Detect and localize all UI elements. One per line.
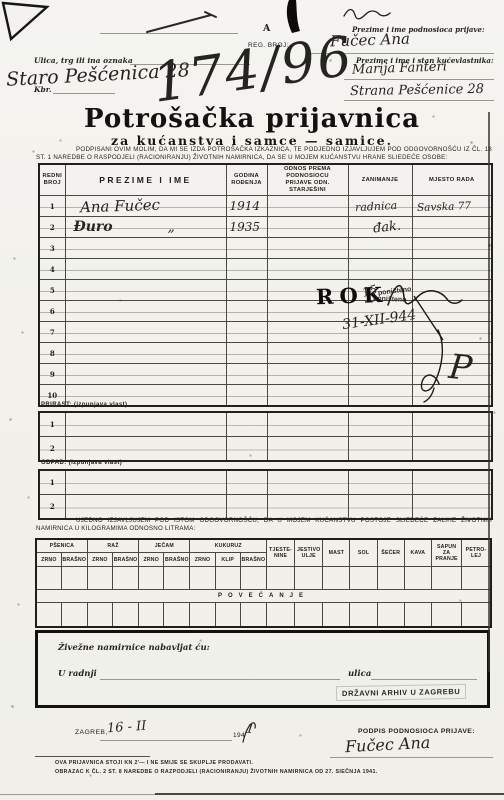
table-cell — [348, 437, 412, 462]
table-cell — [267, 495, 348, 520]
underline-rule — [344, 100, 494, 101]
table-cell — [267, 470, 348, 495]
ditto-mark: „ — [168, 219, 175, 235]
year-cell: 1935 — [226, 217, 267, 238]
year-written: 1 — [245, 721, 255, 737]
table-cell — [462, 567, 491, 590]
table-cell — [87, 603, 112, 627]
table-cell — [226, 437, 267, 462]
table-cell — [139, 567, 164, 590]
table-cell — [87, 567, 112, 590]
row-number: 5 — [39, 280, 65, 301]
col-zanimanje: ZANIMANJE — [348, 164, 412, 196]
col-kava: KAVA — [404, 539, 431, 567]
sub-klip: KLIP — [215, 553, 240, 567]
table-cell — [226, 322, 267, 343]
row-number: 4 — [39, 259, 65, 280]
col-petrolej: PETRO- LEJ — [462, 539, 491, 567]
kucevlastnik-name: Marija Fanteri — [352, 59, 447, 77]
table-cell — [226, 385, 267, 407]
row-number: 2 — [39, 217, 65, 238]
col-godina: GODINA ROĐENJA — [226, 164, 267, 196]
col-odnos: ODNOS PREMA PODNOSIOCU PRIJAVE ODN. STAR… — [267, 164, 348, 196]
person-row: 9 — [39, 364, 492, 385]
persons-table: REDNI BROJ PREZIME I IME GODINA ROĐENJA … — [38, 163, 493, 407]
ulica-inline-label: ulica — [348, 669, 371, 679]
table-cell — [350, 567, 377, 590]
supplies-value-row — [36, 567, 491, 590]
underline-rule — [53, 93, 115, 94]
table-cell — [65, 470, 226, 495]
table-cell — [295, 567, 323, 590]
occupation-cell: đak. — [348, 217, 412, 238]
underline-rule — [100, 740, 232, 741]
group-raz: RAŽ — [87, 539, 138, 553]
table-cell — [65, 322, 226, 343]
person-row: 5 — [39, 280, 492, 301]
col-mjesto-rada: MJESTO RADA — [412, 164, 492, 196]
workplace-cell: Savska 77 — [412, 196, 492, 217]
table-cell — [404, 603, 431, 627]
group-kukuruz: KUKURUZ — [190, 539, 266, 553]
table-cell — [61, 567, 87, 590]
col-redni-broj: REDNI BROJ — [39, 164, 65, 196]
row-number: 6 — [39, 301, 65, 322]
table-cell — [267, 385, 348, 407]
person-row: 4 — [39, 259, 492, 280]
table-cell — [65, 437, 226, 462]
col-prezime-ime: PREZIME I IME — [65, 164, 226, 196]
table-cell — [226, 412, 267, 437]
table-cell — [112, 603, 138, 627]
handwritten-name: Ana Fučec — [79, 195, 160, 216]
handwritten-occupation: radnica — [354, 199, 397, 214]
table-cell — [412, 280, 492, 301]
odpad-row: 2 — [39, 495, 492, 520]
table-cell — [431, 567, 461, 590]
city-label: ZAGREB, — [75, 729, 108, 736]
table-cell — [65, 301, 226, 322]
table-cell — [348, 238, 412, 259]
table-cell — [431, 603, 461, 627]
group-psenica: PŠENICA — [36, 539, 87, 553]
row-number: 7 — [39, 322, 65, 343]
col-mast: MAST — [323, 539, 350, 567]
sub-zrno: ZRNO — [87, 553, 112, 567]
supplies-group-header-row: PŠENICA RAŽ JEČAM KUKURUZ TJESTE- NINE J… — [36, 539, 491, 553]
relation-cell — [267, 196, 348, 217]
person-row: 1 Ana Fučec 1914 radnica Savska 77 — [39, 196, 492, 217]
name-cell: Ana Fučec — [65, 196, 226, 217]
handwritten-occupation: đak. — [372, 219, 402, 237]
table-cell — [348, 412, 412, 437]
workplace-cell — [412, 217, 492, 238]
handwritten-name: Đuro — [74, 219, 113, 235]
footer-rule — [35, 756, 150, 757]
kbr-label: Kbr. — [34, 85, 52, 94]
applicant-signature: Fučec Ana — [345, 733, 431, 756]
corner-fold-mark — [3, 3, 47, 39]
table-cell — [348, 470, 412, 495]
table-cell — [350, 603, 377, 627]
persons-table-header-row: REDNI BROJ PREZIME I IME GODINA ROĐENJA … — [39, 164, 492, 196]
handwritten-year: 1914 — [230, 199, 261, 213]
scan-noise — [0, 0, 1, 1]
table-cell — [412, 322, 492, 343]
faint-top-rule — [100, 33, 238, 34]
table-cell — [412, 259, 492, 280]
table-cell — [226, 301, 267, 322]
table-cell — [412, 437, 492, 462]
table-cell — [112, 567, 138, 590]
procurement-box: Živežne namirnice nabavljat ću: U radnji… — [35, 630, 490, 708]
relation-cell — [267, 217, 348, 238]
col-sol: SOL — [350, 539, 377, 567]
table-cell — [267, 343, 348, 364]
table-cell — [164, 603, 190, 627]
row-number: 8 — [39, 343, 65, 364]
person-row: 7 — [39, 322, 492, 343]
table-cell — [65, 412, 226, 437]
col-secer: ŠEĆER — [377, 539, 404, 567]
table-cell — [348, 343, 412, 364]
pen-stroke-top-left — [147, 12, 216, 32]
table-cell — [226, 280, 267, 301]
underline-rule — [344, 79, 494, 80]
table-cell — [412, 301, 492, 322]
table-cell — [412, 238, 492, 259]
sub-zrno: ZRNO — [36, 553, 61, 567]
paraf-mark: P — [447, 347, 474, 389]
row-number: 1 — [39, 196, 65, 217]
table-cell — [65, 343, 226, 364]
row-number: 1 — [39, 412, 65, 437]
handwritten-workplace: Savska 77 — [416, 200, 470, 214]
table-cell — [65, 495, 226, 520]
scan-edge-line-bottom-left — [0, 794, 155, 795]
table-cell — [266, 567, 294, 590]
row-number: 3 — [39, 238, 65, 259]
reg-broj-value: 174/96 — [149, 24, 358, 114]
archive-stamp: DRŽAVNI ARHIV U ZAGREBU — [336, 684, 467, 701]
sub-zrno: ZRNO — [139, 553, 164, 567]
sub-brasno: BRAŠNO — [61, 553, 87, 567]
table-cell — [240, 567, 266, 590]
year-printed: 194 — [233, 732, 245, 739]
footer-line-2: OBRAZAC K ČL. 2 ST. 8 NAREDBE O RAZPODJE… — [55, 769, 378, 775]
prirast-table: 1 2 — [38, 411, 493, 462]
col-tjestenine: TJESTE- NINE — [266, 539, 294, 567]
underline-rule — [371, 679, 477, 680]
table-cell — [348, 364, 412, 385]
row-number: 2 — [39, 437, 65, 462]
prirast-label: PRIRAST: (izpunjava vlast) — [41, 402, 127, 408]
table-cell — [215, 567, 240, 590]
table-cell — [267, 412, 348, 437]
table-cell — [226, 470, 267, 495]
col-jestivo-ulje: JESTIVO ULJE — [295, 539, 323, 567]
table-cell — [226, 259, 267, 280]
table-cell — [36, 567, 61, 590]
table-cell — [190, 603, 215, 627]
povecanje-banner: POVEĆANJE — [36, 590, 491, 603]
odpad-label: ODPAD: (izpunjava vlast) — [41, 460, 122, 466]
col-sapun: SAPUN ZA PRANJE — [431, 539, 461, 567]
table-cell — [267, 364, 348, 385]
table-cell — [36, 603, 61, 627]
table-cell — [226, 364, 267, 385]
table-cell — [348, 495, 412, 520]
table-cell — [267, 259, 348, 280]
table-cell — [226, 238, 267, 259]
person-row: 6 — [39, 301, 492, 322]
table-cell — [412, 385, 492, 407]
table-cell — [462, 603, 491, 627]
table-cell — [240, 603, 266, 627]
sub-brasno: BRAŠNO — [112, 553, 138, 567]
form-intro-paragraph: PODPISANI OVIM MOLIM, DA MI SE IZDA POTR… — [36, 146, 492, 161]
sub-brasno: BRAŠNO — [164, 553, 190, 567]
row-number: 9 — [39, 364, 65, 385]
handwritten-date: 16 - II — [107, 719, 147, 737]
table-cell — [377, 603, 404, 627]
table-cell — [65, 364, 226, 385]
table-cell — [266, 603, 294, 627]
row-number: 1 — [39, 470, 65, 495]
table-cell — [215, 603, 240, 627]
table-cell — [404, 567, 431, 590]
supplies-table: PŠENICA RAŽ JEČAM KUKURUZ TJESTE- NINE J… — [35, 538, 492, 628]
scanned-form-page: A REG. BROJ: 174/96 Prezime i ime podnos… — [0, 0, 504, 800]
zalihe-intro-paragraph: UJEDNO IZJAVLJUJEM POD ISTOM ODGOVORNOŠĆ… — [36, 517, 492, 532]
occupation-cell: radnica — [348, 196, 412, 217]
ink-blob — [287, 0, 300, 33]
scan-edge-line-right — [488, 112, 490, 672]
prirast-row: 1 — [39, 412, 492, 437]
prirast-row: 2 — [39, 437, 492, 462]
u-radnji-label: U radnji — [58, 669, 97, 679]
form-title: Potrošačka prijavnica — [0, 104, 504, 134]
table-cell — [348, 259, 412, 280]
year-cell: 1914 — [226, 196, 267, 217]
table-cell — [65, 238, 226, 259]
handwritten-year: 1935 — [230, 220, 261, 234]
table-cell — [267, 437, 348, 462]
table-cell — [377, 567, 404, 590]
table-cell — [139, 603, 164, 627]
name-cell: Đuro„ — [65, 217, 226, 238]
odpad-table: 1 2 — [38, 469, 493, 520]
table-cell — [190, 567, 215, 590]
row-number: 2 — [39, 495, 65, 520]
sub-zrno: ZRNO — [190, 553, 215, 567]
table-cell — [412, 470, 492, 495]
table-cell — [164, 567, 190, 590]
table-cell — [323, 603, 350, 627]
sub-brasno: BRAŠNO — [240, 553, 266, 567]
scribble-top-center — [344, 10, 390, 19]
underline-rule — [330, 757, 493, 758]
table-cell — [295, 603, 323, 627]
table-cell — [61, 603, 87, 627]
nabava-line: Živežne namirnice nabavljat ću: — [58, 643, 210, 653]
person-row: 3 — [39, 238, 492, 259]
table-cell — [323, 567, 350, 590]
footer-line-1: OVA PRIJAVNICA STOJI KN 2'— I NE SMIJE S… — [55, 760, 253, 766]
table-cell — [412, 495, 492, 520]
person-row: 8 — [39, 343, 492, 364]
table-cell — [226, 343, 267, 364]
table-cell — [65, 280, 226, 301]
table-cell — [65, 259, 226, 280]
person-row: 2 Đuro„ 1935 đak. — [39, 217, 492, 238]
odpad-row: 1 — [39, 470, 492, 495]
table-cell — [226, 495, 267, 520]
supplies-value-row — [36, 603, 491, 627]
kucevlastnik-addr: Strana Pešćenice 28 — [350, 82, 484, 99]
group-jecam: JEČAM — [139, 539, 190, 553]
underline-rule — [100, 679, 340, 680]
table-cell — [267, 238, 348, 259]
table-cell — [267, 322, 348, 343]
povecanje-row: POVEĆANJE — [36, 590, 491, 603]
section-letter: A — [263, 23, 270, 34]
table-cell — [348, 385, 412, 407]
table-cell — [412, 412, 492, 437]
scan-edge-line-bottom — [155, 793, 504, 795]
